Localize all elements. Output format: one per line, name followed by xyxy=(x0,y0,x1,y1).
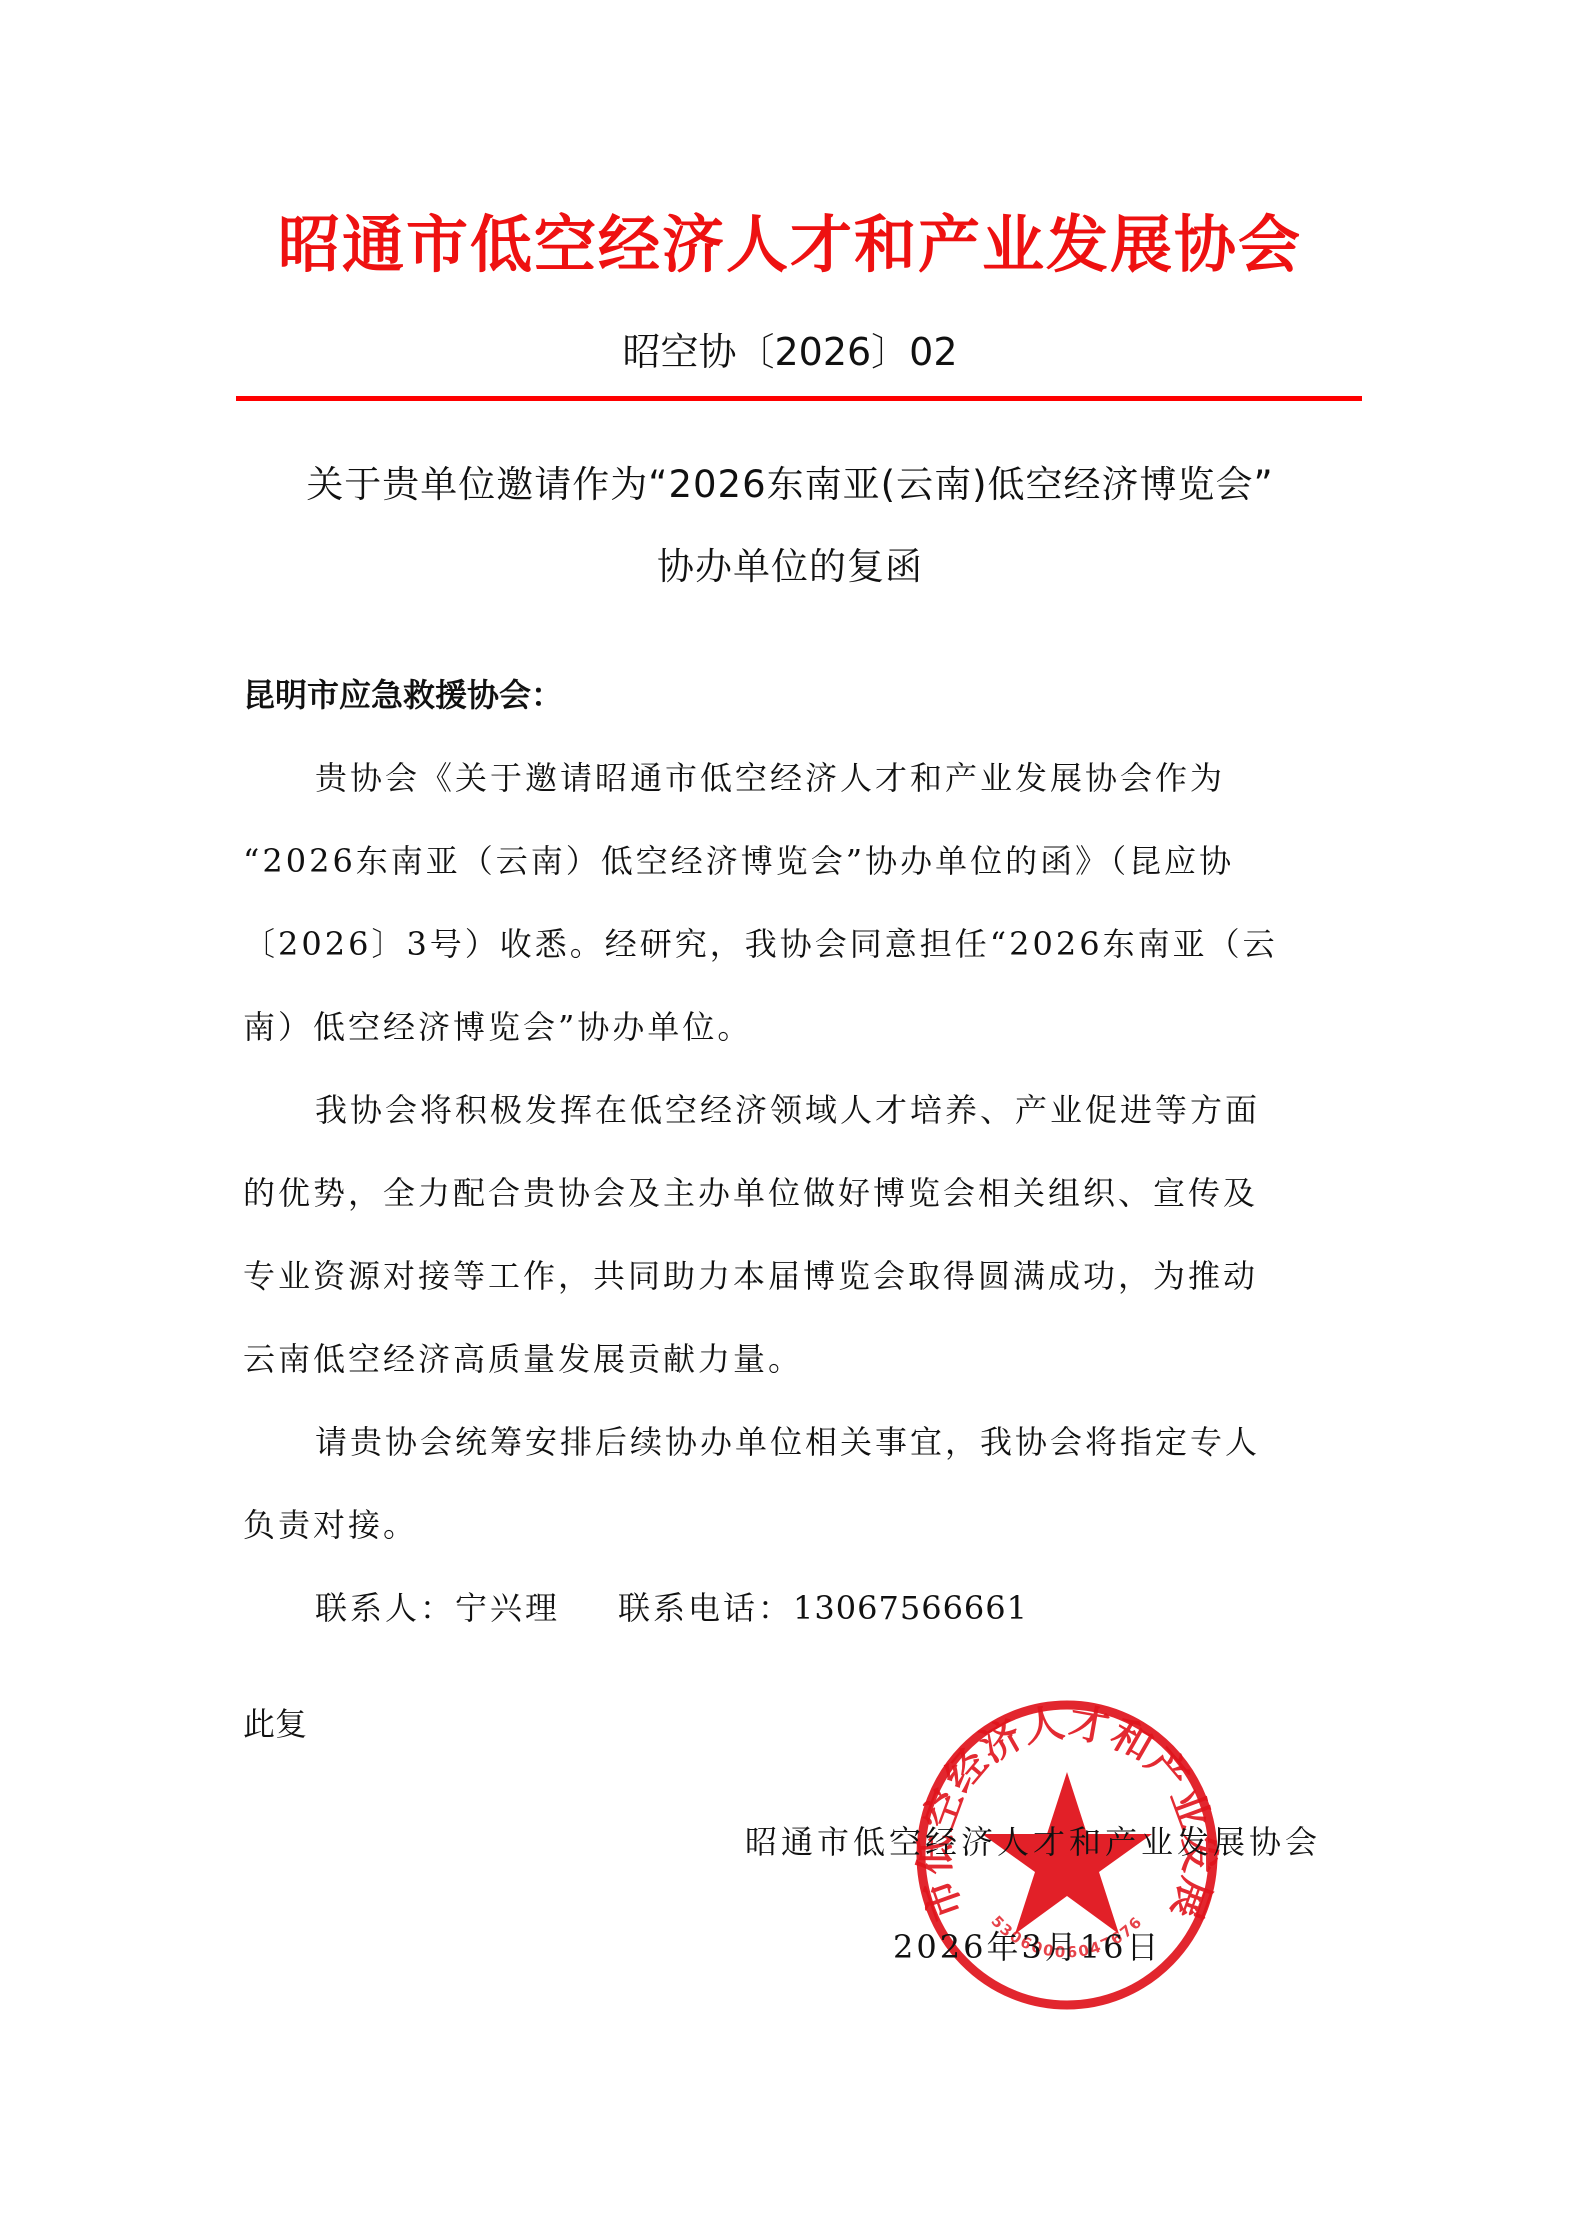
paragraph-2-line-2: 的优势，全力配合贵协会及主办单位做好博览会相关组织、宣传及 xyxy=(243,1171,1353,1215)
contact-person: 宁兴理 xyxy=(455,1589,560,1627)
signature-organization: 昭通市低空经济人才和产业发展协会 xyxy=(745,1820,1321,1864)
contact-phone-label: 联系电话： xyxy=(618,1589,793,1627)
paragraph-2-line-3: 专业资源对接等工作，共同助力本届博览会取得圆满成功，为推动 xyxy=(243,1254,1353,1298)
red-header-rule xyxy=(236,396,1362,401)
paragraph-1-line-2: “2026东南亚（云南）低空经济博览会”协办单位的函》（昆应协 xyxy=(243,839,1353,883)
signature-date: 2026年3月16日 xyxy=(893,1925,1162,1969)
salutation: 昆明市应急救援协会： xyxy=(243,673,563,717)
document-title-line-2: 协办单位的复函 xyxy=(0,542,1580,592)
paragraph-3-line-2: 负责对接。 xyxy=(243,1503,1353,1547)
paragraph-2-line-1: 我协会将积极发挥在低空经济领域人才培养、产业促进等方面 xyxy=(315,1088,1425,1132)
contact-line: 联系人：宁兴理联系电话：13067566661 xyxy=(315,1586,1425,1630)
document-title-line-1: 关于贵单位邀请作为“2026东南亚(云南)低空经济博览会” xyxy=(0,460,1580,510)
paragraph-1-line-4: 南）低空经济博览会”协办单位。 xyxy=(243,1005,1353,1049)
contact-person-label: 联系人： xyxy=(315,1589,455,1627)
organization-header: 昭通市低空经济人才和产业发展协会 xyxy=(0,205,1580,285)
contact-phone: 13067566661 xyxy=(793,1589,1028,1627)
document-number: 昭空协〔2026〕02 xyxy=(0,327,1580,377)
paragraph-1-line-3: 〔2026〕3号）收悉。经研究，我协会同意担任“2026东南亚（云 xyxy=(243,922,1353,966)
paragraph-2-line-4: 云南低空经济高质量发展贡献力量。 xyxy=(243,1337,1353,1381)
paragraph-3-line-1: 请贵协会统筹安排后续协办单位相关事宜，我协会将指定专人 xyxy=(315,1420,1425,1464)
paragraph-1-line-1: 贵协会《关于邀请昭通市低空经济人才和产业发展协会作为 xyxy=(315,756,1425,800)
closing-phrase: 此复 xyxy=(243,1702,307,1746)
